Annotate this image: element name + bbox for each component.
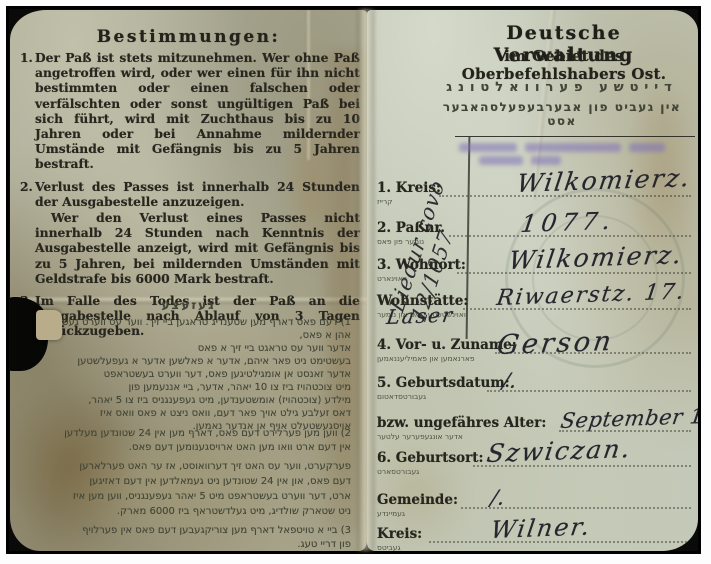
dotted-line bbox=[487, 390, 691, 392]
field-label: bzw. ungefähres Alter: bbox=[377, 415, 546, 431]
handwritten-value: September 1899 bbox=[559, 403, 698, 433]
rule-number: 2. bbox=[20, 179, 35, 286]
handwritten-value: Wilner. bbox=[489, 513, 593, 544]
administration-subtitle: im Gebiet des Oberbefehlshabers Ost. bbox=[431, 47, 697, 83]
field-label: 1. Kreis: bbox=[377, 180, 441, 196]
yiddish-paragraph-2-continuation: פערקערט, ווער עס האט זיך דערוואוסט, אז ע… bbox=[23, 459, 351, 519]
page-fold bbox=[357, 9, 375, 551]
regulation-item: 2. Verlust des Passes ist innerhalb 24 S… bbox=[20, 179, 360, 286]
yiddish-laws-title: געזעצע bbox=[10, 298, 367, 312]
yiddish-title-line2: אין געביט פון אבערבעפעלסהאבער אסט bbox=[427, 100, 697, 128]
scanned-passport-document: Bestimmungen: 1. Der Paß ist stets mitzu… bbox=[0, 0, 711, 564]
regulation-item: 1. Der Paß ist stets mitzunehmen. Wer oh… bbox=[20, 50, 360, 172]
field-label-yiddish: געביטס bbox=[377, 543, 422, 551]
field-row-geburtsdatum: 5. Geburtsdatum:געבורטסדאטום /. bbox=[377, 357, 691, 401]
handwritten-value: Szwiczan. bbox=[485, 434, 634, 468]
yiddish-title-line1: דייטשע פערוואלטונג bbox=[427, 80, 697, 95]
rule-text-continuation: Wer den Verlust eines Passes nicht inner… bbox=[35, 210, 360, 286]
handwritten-value: Wilkomierz. bbox=[507, 240, 685, 275]
field-row-kreis: 1. Kreis:קרייז Wilkomierz. bbox=[377, 162, 691, 206]
handwritten-value: Gerson bbox=[495, 326, 616, 361]
yiddish-paragraph-1: 1) דעם פאס דארף מען שטענדיג טראגען ביי ז… bbox=[23, 316, 351, 433]
photo-frame: Bestimmungen: 1. Der Paß ist stets mitzu… bbox=[6, 6, 701, 554]
field-row-geburtsort: 6. Geburtsort:געבורטסארט Szwiczan. bbox=[377, 432, 691, 476]
field-label: Gemeinde: bbox=[377, 492, 458, 508]
field-row-kreis-bottom: Kreis:געביטס Wilner. bbox=[377, 508, 691, 551]
photo-area: Bestimmungen: 1. Der Paß ist stets mitzu… bbox=[9, 9, 698, 551]
rule-text-main: Verlust des Passes ist innerhalb 24 Stun… bbox=[35, 179, 360, 209]
torn-paper-chip bbox=[36, 310, 62, 340]
yiddish-paragraph-3: 3) ביי א טויטפאל דארף מען צוריקגעבען דעם… bbox=[23, 524, 351, 551]
rule-text: Verlust des Passes ist innerhalb 24 Stun… bbox=[35, 179, 360, 286]
handwritten-first-name: Laser bbox=[385, 303, 456, 329]
header-rule-line bbox=[455, 136, 695, 137]
left-page: Bestimmungen: 1. Der Paß ist stets mitzu… bbox=[10, 10, 367, 551]
field-label: 5. Geburtsdatum: bbox=[377, 375, 510, 391]
rule-number: 1. bbox=[20, 50, 35, 172]
regulations-title: Bestimmungen: bbox=[10, 27, 367, 47]
yiddish-paragraph-2: 2) ווען מען פערלירט דעם פאס, דארף מען אי… bbox=[23, 427, 351, 455]
handwritten-value: Wilkomierz. bbox=[515, 163, 693, 198]
rule-text: Der Paß ist stets mitzunehmen. Wer ohne … bbox=[35, 50, 360, 172]
handwritten-value: Riwaerstz. 17. bbox=[495, 279, 687, 311]
right-page: Deutsche Verwaltung im Gebiet des Oberbe… bbox=[367, 10, 698, 551]
field-label: Kreis: bbox=[377, 526, 422, 542]
field-label: 6. Geburtsort: bbox=[377, 450, 483, 466]
handwritten-value: 1077. bbox=[519, 207, 617, 238]
field-label: 2. Paßnr. bbox=[377, 220, 445, 236]
field-label: 3. Wohnort: bbox=[377, 257, 466, 273]
